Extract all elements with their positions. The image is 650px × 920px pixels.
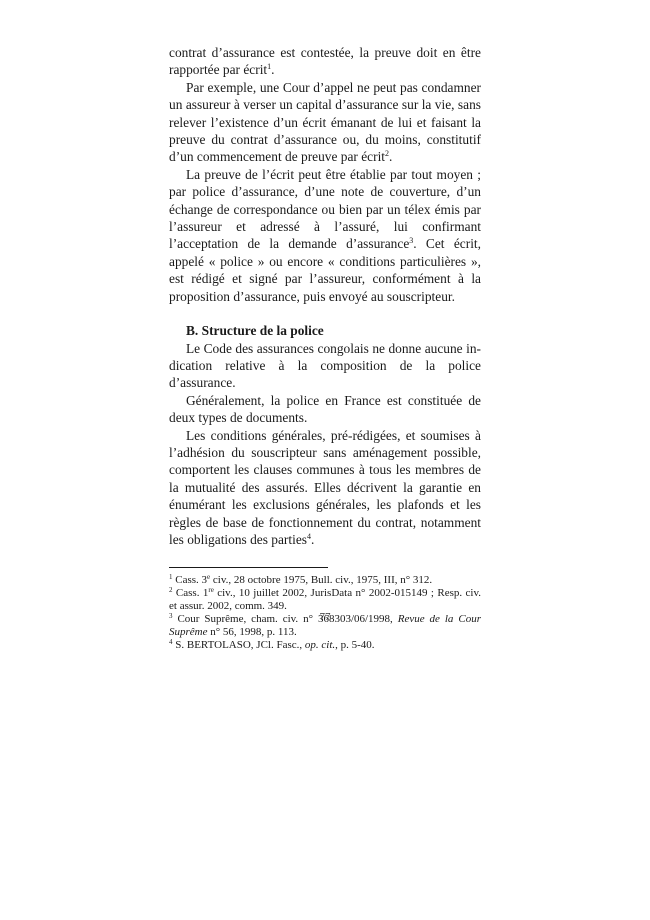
footnote-number: 4 [169, 638, 173, 646]
paragraph: Les conditions générales, pré-rédigées, … [169, 427, 481, 549]
footnote-text: n° 56, 1998, p. 113. [208, 626, 297, 638]
paragraph-text: Par exemple, une Cour d’appel ne peut pa… [169, 80, 481, 165]
page-number: 77 [0, 611, 650, 623]
paragraph-text-after: . [389, 149, 392, 164]
footnote-1: 1 Cass. 3e civ., 28 octobre 1975, Bull. … [169, 574, 481, 587]
body-text: contrat d’assurance est contestée, la pr… [169, 44, 481, 548]
footnote-text: S. BERTOLASO, JCl. Fasc., [175, 639, 305, 651]
footnote-text: civ., 28 octobre 1975, Bull. civ., 1975,… [210, 574, 432, 586]
footnote-4: 4 S. BERTOLASO, JCl. Fasc., op. cit., p.… [169, 639, 481, 652]
footnote-separator [169, 567, 328, 568]
paragraph-text-after: . [271, 62, 274, 77]
footnote-text: , p. 5-40. [335, 639, 374, 651]
footnote-text: Cass. 3 [175, 574, 207, 586]
footnote-2: 2 Cass. 1re civ., 10 juillet 2002, Juris… [169, 587, 481, 613]
footnote-italic-title: op. cit. [305, 639, 335, 651]
paragraph-text: Généralement, la police en France est co… [169, 393, 481, 425]
section-heading: B. Structure de la police [169, 322, 481, 339]
footnote-number: 1 [169, 573, 173, 581]
paragraph: Le Code des assurances congolais ne donn… [169, 340, 481, 392]
paragraph: Par exemple, une Cour d’appel ne peut pa… [169, 79, 481, 166]
paragraph-continued: contrat d’assurance est contestée, la pr… [169, 44, 481, 79]
footnote-number: 2 [169, 586, 173, 594]
footnote-text: Cass. 1 [176, 587, 208, 599]
paragraph: La preuve de l’écrit peut être établie p… [169, 166, 481, 305]
paragraph-text: Le Code des assurances congolais ne donn… [169, 341, 481, 391]
paragraph-text-after: . [311, 532, 314, 547]
document-page: contrat d’assurance est contestée, la pr… [169, 44, 481, 652]
paragraph: Généralement, la police en France est co… [169, 392, 481, 427]
paragraph-text: Les conditions générales, pré-rédigées, … [169, 428, 481, 547]
footnote-text: civ., 10 juillet 2002, JurisData n° 2002… [169, 587, 481, 612]
paragraph-text: contrat d’assurance est contestée, la pr… [169, 45, 481, 77]
